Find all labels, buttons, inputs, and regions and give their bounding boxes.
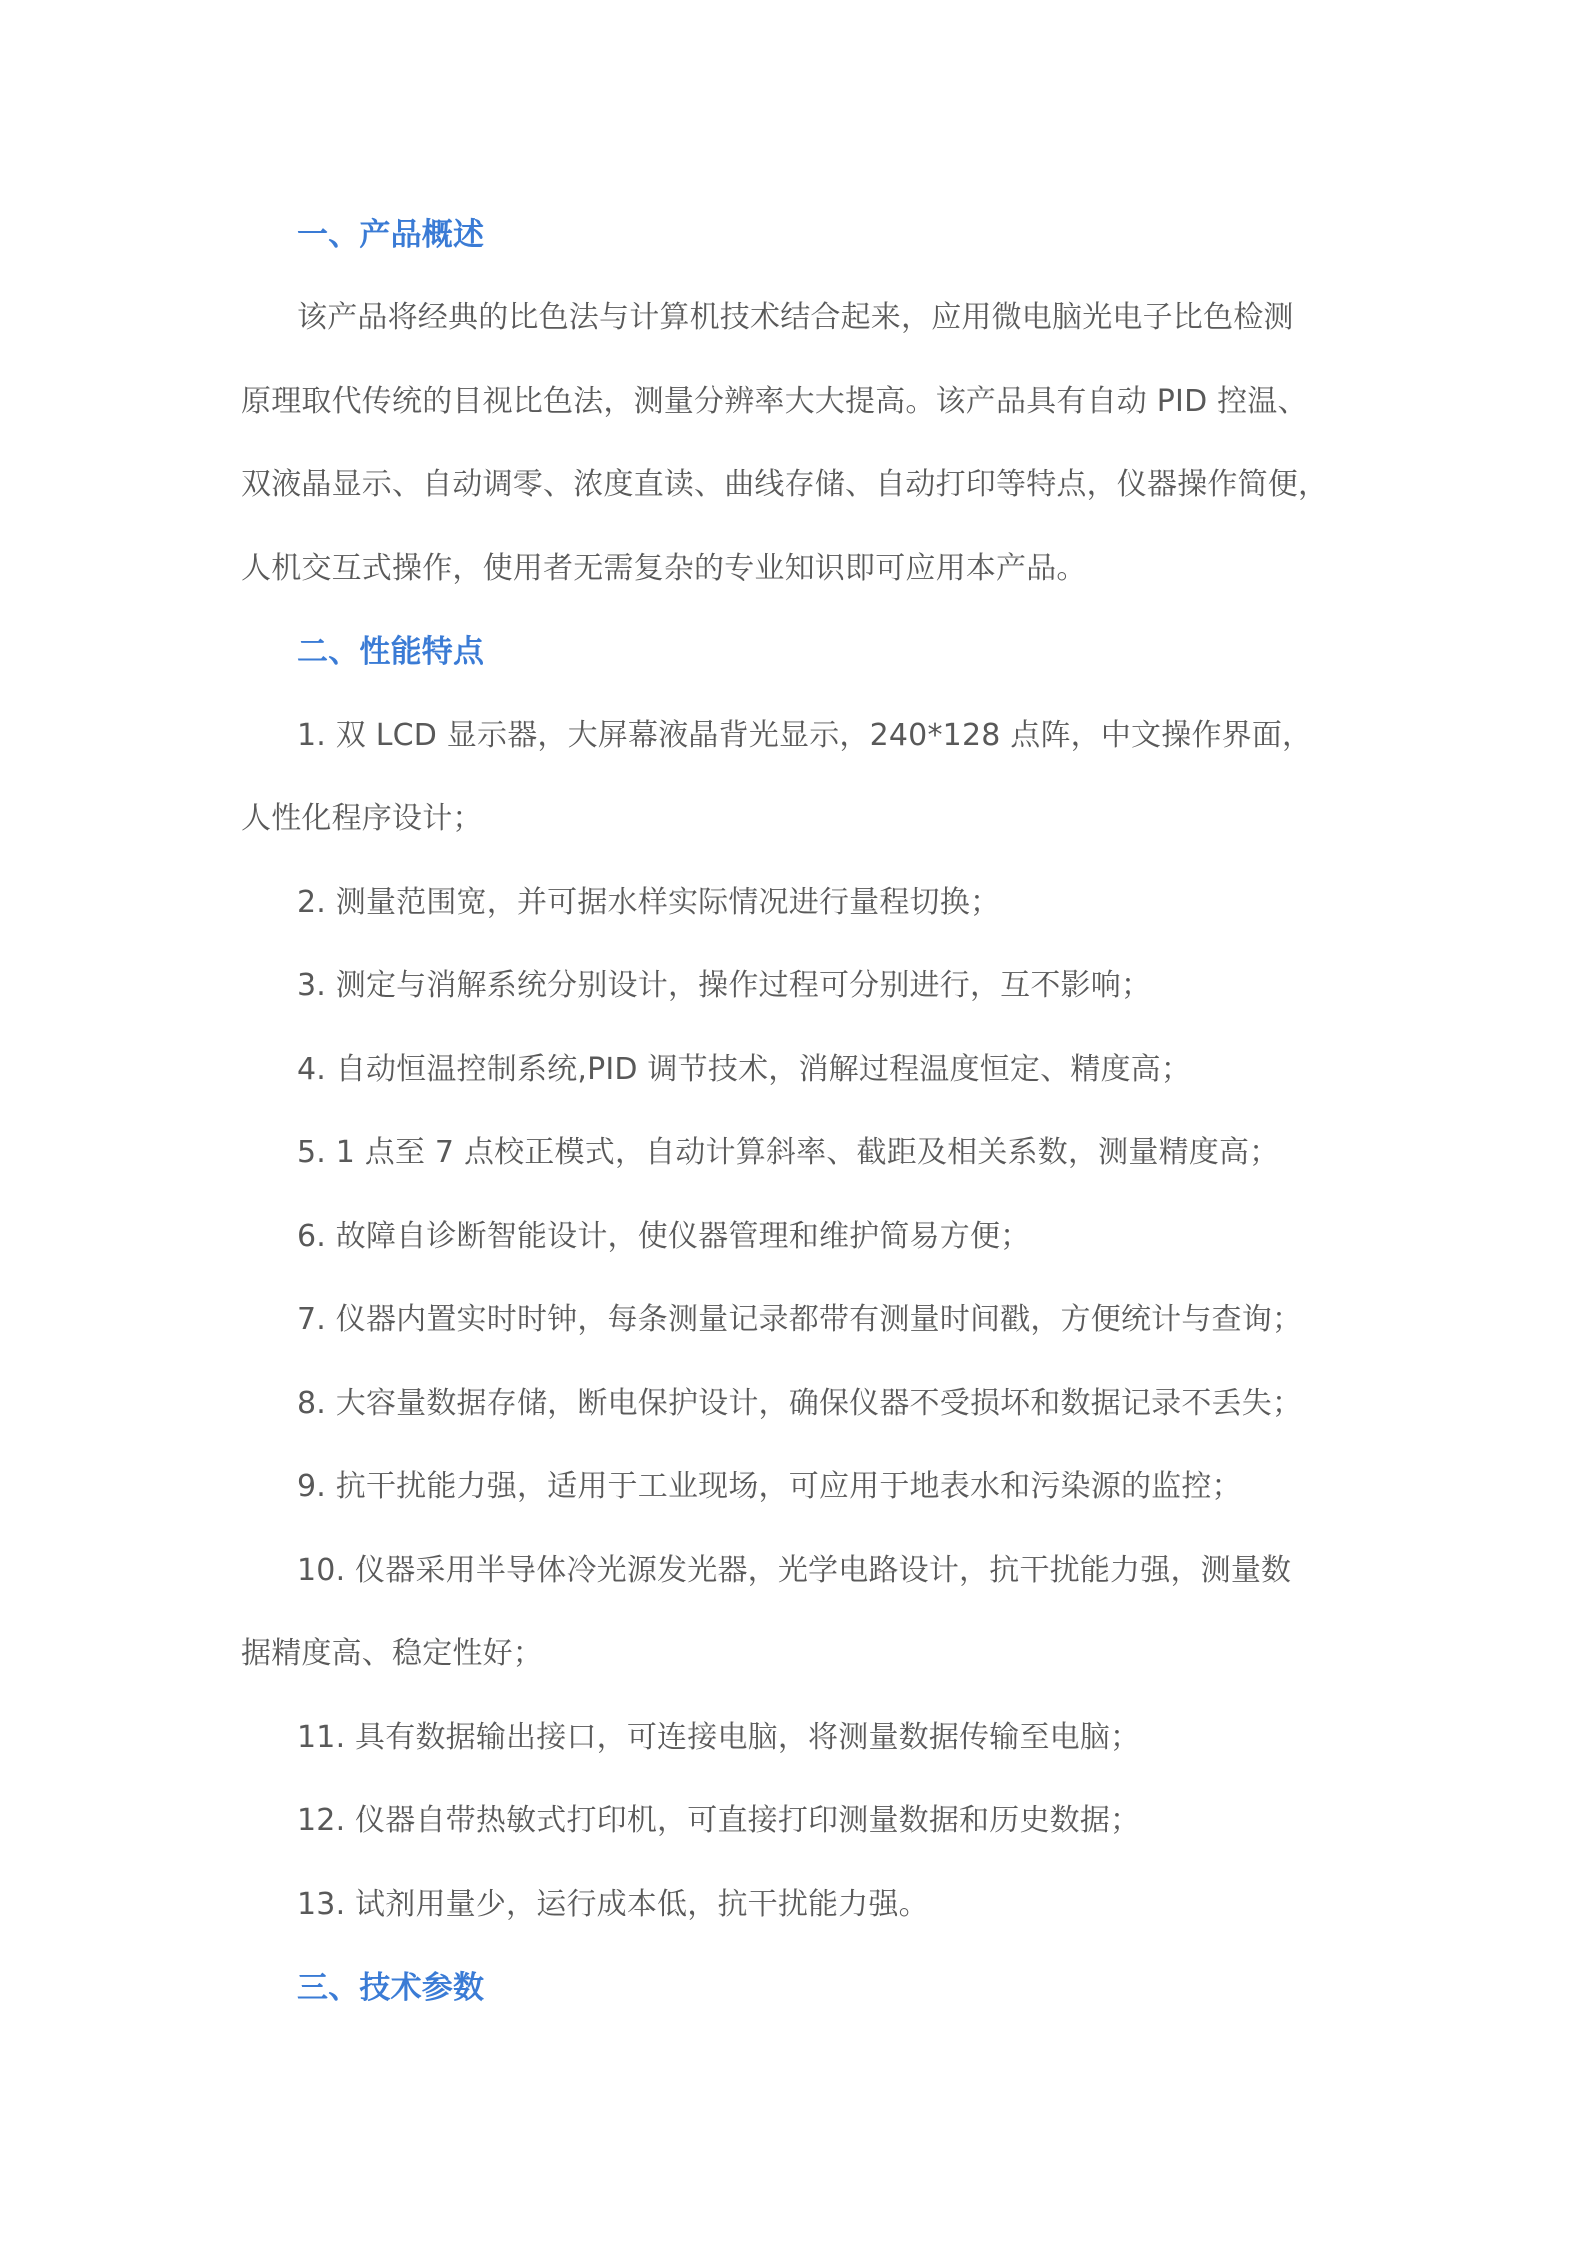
section-heading-features: 二、性能特点 — [297, 610, 1412, 694]
feature-item-6: 6. 故障自诊断智能设计，使仪器管理和维护简易方便； — [297, 1195, 1412, 1279]
section-heading-overview: 一、产品概述 — [297, 193, 1412, 277]
feature-item-11: 11. 具有数据输出接口，可连接电脑，将测量数据传输至电脑； — [297, 1696, 1412, 1780]
paragraph-line: 人机交互式操作，使用者无需复杂的专业知识即可应用本产品。 — [241, 527, 1356, 611]
paragraph-line: 该产品将经典的比色法与计算机技术结合起来，应用微电脑光电子比色检测 — [297, 276, 1412, 360]
feature-item-10: 10. 仪器采用半导体冷光源发光器，光学电路设计，抗干扰能力强，测量数 — [297, 1529, 1412, 1613]
feature-item-12: 12. 仪器自带热敏式打印机，可直接打印测量数据和历史数据； — [297, 1779, 1412, 1863]
paragraph-line: 双液晶显示、自动调零、浓度直读、曲线存储、自动打印等特点，仪器操作简便， — [241, 443, 1356, 527]
feature-item-1-continued: 人性化程序设计； — [241, 777, 1356, 861]
feature-item-3: 3. 测定与消解系统分别设计，操作过程可分别进行，互不影响； — [297, 944, 1412, 1028]
feature-item-1: 1. 双 LCD 显示器，大屏幕液晶背光显示，240*128 点阵，中文操作界面… — [297, 694, 1412, 778]
feature-item-2: 2. 测量范围宽，并可据水样实际情况进行量程切换； — [297, 861, 1412, 945]
feature-item-8: 8. 大容量数据存储，断电保护设计，确保仪器不受损坏和数据记录不丢失； — [297, 1362, 1412, 1446]
section-heading-specs: 三、技术参数 — [297, 1946, 1412, 2030]
paragraph-line: 原理取代传统的目视比色法，测量分辨率大大提高。该产品具有自动 PID 控温、 — [241, 360, 1356, 444]
feature-item-4: 4. 自动恒温控制系统,PID 调节技术，消解过程温度恒定、精度高； — [297, 1028, 1412, 1112]
feature-item-9: 9. 抗干扰能力强，适用于工业现场，可应用于地表水和污染源的监控； — [297, 1445, 1412, 1529]
feature-item-7: 7. 仪器内置实时时钟，每条测量记录都带有测量时间戳，方便统计与查询； — [297, 1278, 1412, 1362]
feature-item-13: 13. 试剂用量少，运行成本低，抗干扰能力强。 — [297, 1863, 1412, 1947]
feature-item-10-continued: 据精度高、稳定性好； — [241, 1612, 1356, 1696]
document-page: 一、产品概述 该产品将经典的比色法与计算机技术结合起来，应用微电脑光电子比色检测… — [0, 0, 1587, 2245]
feature-item-5: 5. 1 点至 7 点校正模式，自动计算斜率、截距及相关系数，测量精度高； — [297, 1111, 1412, 1195]
